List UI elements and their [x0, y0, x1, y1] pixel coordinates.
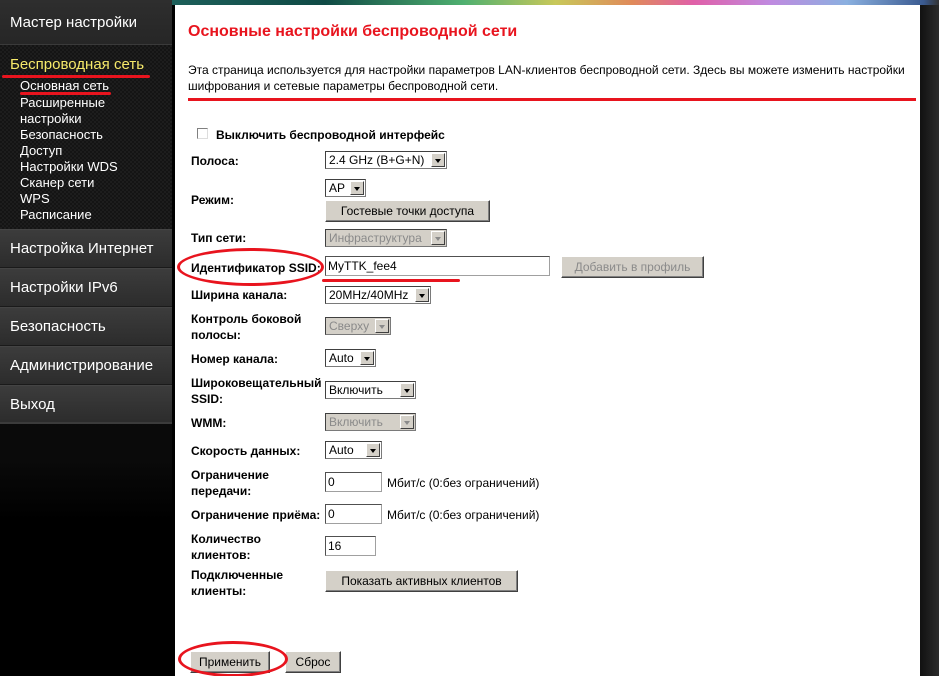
sidebar-subitem-security[interactable]: Безопасность	[0, 127, 172, 143]
rx-limit-input[interactable]: 0	[325, 504, 382, 524]
chevron-down-icon	[350, 181, 364, 195]
sidebar-item-internet[interactable]: Настройка Интернет	[0, 229, 172, 268]
sideband-label-line1: Контроль боковой	[191, 311, 301, 327]
sidebar-item-ipv6[interactable]: Настройки IPv6	[0, 268, 172, 307]
mode-value: AP	[329, 181, 345, 195]
rx-limit-unit: Мбит/с (0:без ограничений)	[387, 507, 539, 523]
sidebar-item-wireless[interactable]: Беспроводная сеть	[0, 55, 144, 77]
sidebar-subitem-advanced-line2[interactable]: настройки	[0, 111, 172, 127]
data-rate-label: Скорость данных:	[191, 443, 300, 459]
disable-wireless-label: Выключить беспроводной интерфейс	[216, 127, 445, 143]
sidebar-item-administration[interactable]: Администрирование	[0, 346, 172, 385]
channel-label: Номер канала:	[191, 351, 278, 367]
client-count-label-line2: клиентов:	[191, 547, 261, 563]
sidebar-wireless-group: Беспроводная сеть Основная сеть Расширен…	[0, 45, 172, 229]
sidebar-subitem-access[interactable]: Доступ	[0, 143, 172, 159]
chevron-down-icon	[360, 351, 374, 365]
sideband-select: Сверху	[325, 317, 391, 335]
sidebar: Мастер настройки Беспроводная сеть Основ…	[0, 0, 172, 676]
channel-width-select[interactable]: 20MHz/40MHz	[325, 286, 431, 304]
client-count-label: Количество клиентов:	[191, 531, 261, 563]
sideband-label: Контроль боковой полосы:	[191, 311, 301, 343]
mode-label: Режим:	[191, 192, 234, 208]
sidebar-subitem-schedule[interactable]: Расписание	[0, 207, 172, 223]
sidebar-subitem-wps[interactable]: WPS	[0, 191, 172, 207]
data-rate-value: Auto	[329, 443, 354, 457]
band-select[interactable]: 2.4 GHz (B+G+N)	[325, 151, 447, 169]
tx-limit-label-line2: передачи:	[191, 483, 269, 499]
apply-button[interactable]: Применить	[190, 651, 270, 673]
page-title: Основные настройки беспроводной сети	[188, 23, 517, 41]
broadcast-ssid-label: Широковещательный SSID:	[191, 375, 322, 407]
tx-limit-input[interactable]: 0	[325, 472, 382, 492]
annotation-underline-ssid	[322, 279, 460, 282]
wmm-value: Включить	[329, 415, 383, 429]
channel-width-value: 20MHz/40MHz	[329, 288, 408, 302]
sideband-value: Сверху	[329, 319, 369, 333]
main-content: Основные настройки беспроводной сети Эта…	[175, 5, 920, 676]
chevron-down-icon	[415, 288, 429, 302]
network-type-select: Инфраструктура	[325, 229, 447, 247]
chevron-down-icon	[400, 415, 414, 429]
band-value: 2.4 GHz (B+G+N)	[329, 153, 424, 167]
tx-limit-label-line1: Ограничение	[191, 467, 269, 483]
broadcast-ssid-value: Включить	[329, 383, 383, 397]
show-active-clients-button[interactable]: Показать активных клиентов	[325, 570, 518, 592]
wmm-select: Включить	[325, 413, 416, 431]
channel-width-label: Ширина канала:	[191, 287, 287, 303]
broadcast-ssid-label-line1: Широковещательный	[191, 375, 322, 391]
chevron-down-icon	[431, 153, 445, 167]
mode-select[interactable]: AP	[325, 179, 366, 197]
add-to-profile-button[interactable]: Добавить в профиль	[561, 256, 704, 278]
sidebar-subitem-basic[interactable]: Основная сеть	[0, 78, 109, 94]
rx-limit-label: Ограничение приёма:	[191, 507, 320, 523]
channel-value: Auto	[329, 351, 354, 365]
ssid-label: Идентификатор SSID:	[191, 260, 321, 276]
sidebar-item-security[interactable]: Безопасность	[0, 307, 172, 346]
band-label: Полоса:	[191, 153, 239, 169]
chevron-down-icon	[375, 319, 389, 333]
reset-button[interactable]: Сброс	[285, 651, 341, 673]
tx-limit-label: Ограничение передачи:	[191, 467, 269, 499]
chevron-down-icon	[431, 231, 445, 245]
connected-clients-label-line2: клиенты:	[191, 583, 283, 599]
guest-ap-button[interactable]: Гостевые точки доступа	[325, 200, 490, 222]
disable-wireless-checkbox[interactable]	[197, 128, 208, 139]
connected-clients-label-line1: Подключенные	[191, 567, 283, 583]
sideband-label-line2: полосы:	[191, 327, 301, 343]
channel-select[interactable]: Auto	[325, 349, 376, 367]
network-type-label: Тип сети:	[191, 230, 246, 246]
connected-clients-label: Подключенные клиенты:	[191, 567, 283, 599]
ssid-input[interactable]: MyTTK_fee4	[325, 256, 550, 276]
wmm-label: WMM:	[191, 415, 226, 431]
data-rate-select[interactable]: Auto	[325, 441, 382, 459]
right-border	[920, 5, 939, 676]
chevron-down-icon	[366, 443, 380, 457]
broadcast-ssid-label-line2: SSID:	[191, 391, 322, 407]
sidebar-subitem-advanced[interactable]: Расширенные	[0, 95, 172, 111]
sidebar-subitem-site-survey[interactable]: Сканер сети	[0, 175, 172, 191]
chevron-down-icon	[400, 383, 414, 397]
broadcast-ssid-select[interactable]: Включить	[325, 381, 416, 399]
title-divider	[188, 98, 916, 101]
network-type-value: Инфраструктура	[329, 231, 422, 245]
sidebar-item-logout[interactable]: Выход	[0, 385, 172, 424]
tx-limit-unit: Мбит/с (0:без ограничений)	[387, 475, 539, 491]
client-count-label-line1: Количество	[191, 531, 261, 547]
client-count-input[interactable]: 16	[325, 536, 376, 556]
sidebar-subitem-wds[interactable]: Настройки WDS	[0, 159, 172, 175]
page-description: Эта страница используется для настройки …	[188, 62, 908, 94]
sidebar-item-wizard[interactable]: Мастер настройки	[0, 0, 172, 45]
